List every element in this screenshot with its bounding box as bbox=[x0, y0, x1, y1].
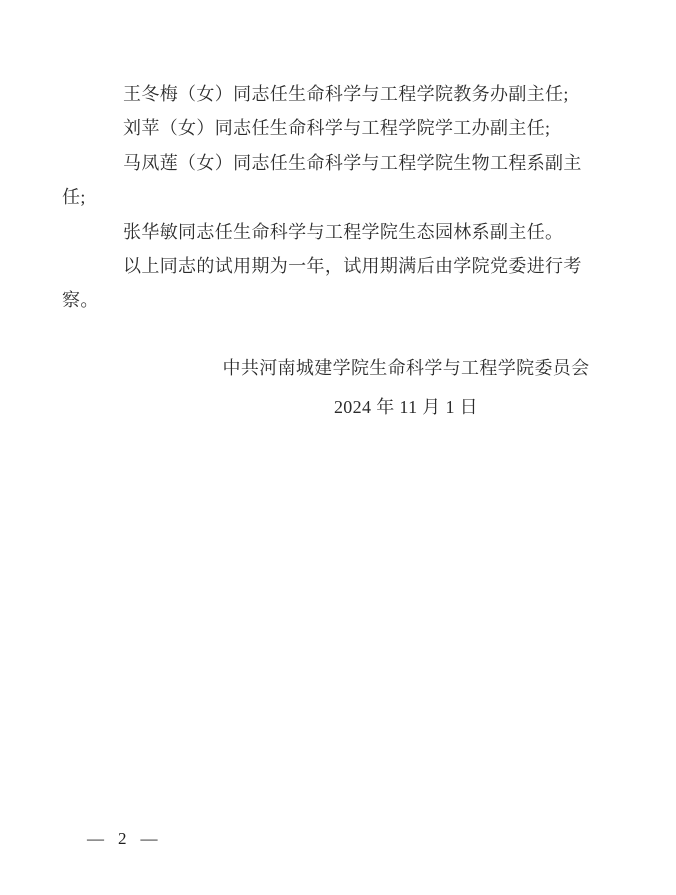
body-line: 马凤莲（女）同志任生命科学与工程学院生物工程系副主 bbox=[62, 146, 622, 180]
body-line: 以上同志的试用期为一年，试用期满后由学院党委进行考 bbox=[62, 249, 622, 283]
document-body: 王冬梅（女）同志任生命科学与工程学院教务办副主任; 刘苹（女）同志任生命科学与工… bbox=[62, 77, 622, 318]
page-number: 2 bbox=[118, 830, 127, 848]
footer-left-dash: — bbox=[87, 830, 104, 848]
body-line: 王冬梅（女）同志任生命科学与工程学院教务办副主任; bbox=[62, 77, 622, 111]
body-line: 任; bbox=[62, 180, 622, 214]
body-line: 察。 bbox=[62, 283, 622, 317]
body-line: 张华敏同志任生命科学与工程学院生态园林系副主任。 bbox=[62, 215, 622, 249]
issuing-committee: 中共河南城建学院生命科学与工程学院委员会 bbox=[136, 349, 676, 388]
body-line: 刘苹（女）同志任生命科学与工程学院学工办副主任; bbox=[62, 111, 622, 145]
signature-block: 中共河南城建学院生命科学与工程学院委员会 2024 年 11 月 1 日 bbox=[0, 349, 676, 427]
document-page: 王冬梅（女）同志任生命科学与工程学院教务办副主任; 刘苹（女）同志任生命科学与工… bbox=[0, 0, 676, 895]
footer-right-dash: — bbox=[141, 830, 158, 848]
page-number-footer: — 2 — bbox=[87, 830, 158, 848]
issue-date: 2024 年 11 月 1 日 bbox=[136, 388, 676, 427]
